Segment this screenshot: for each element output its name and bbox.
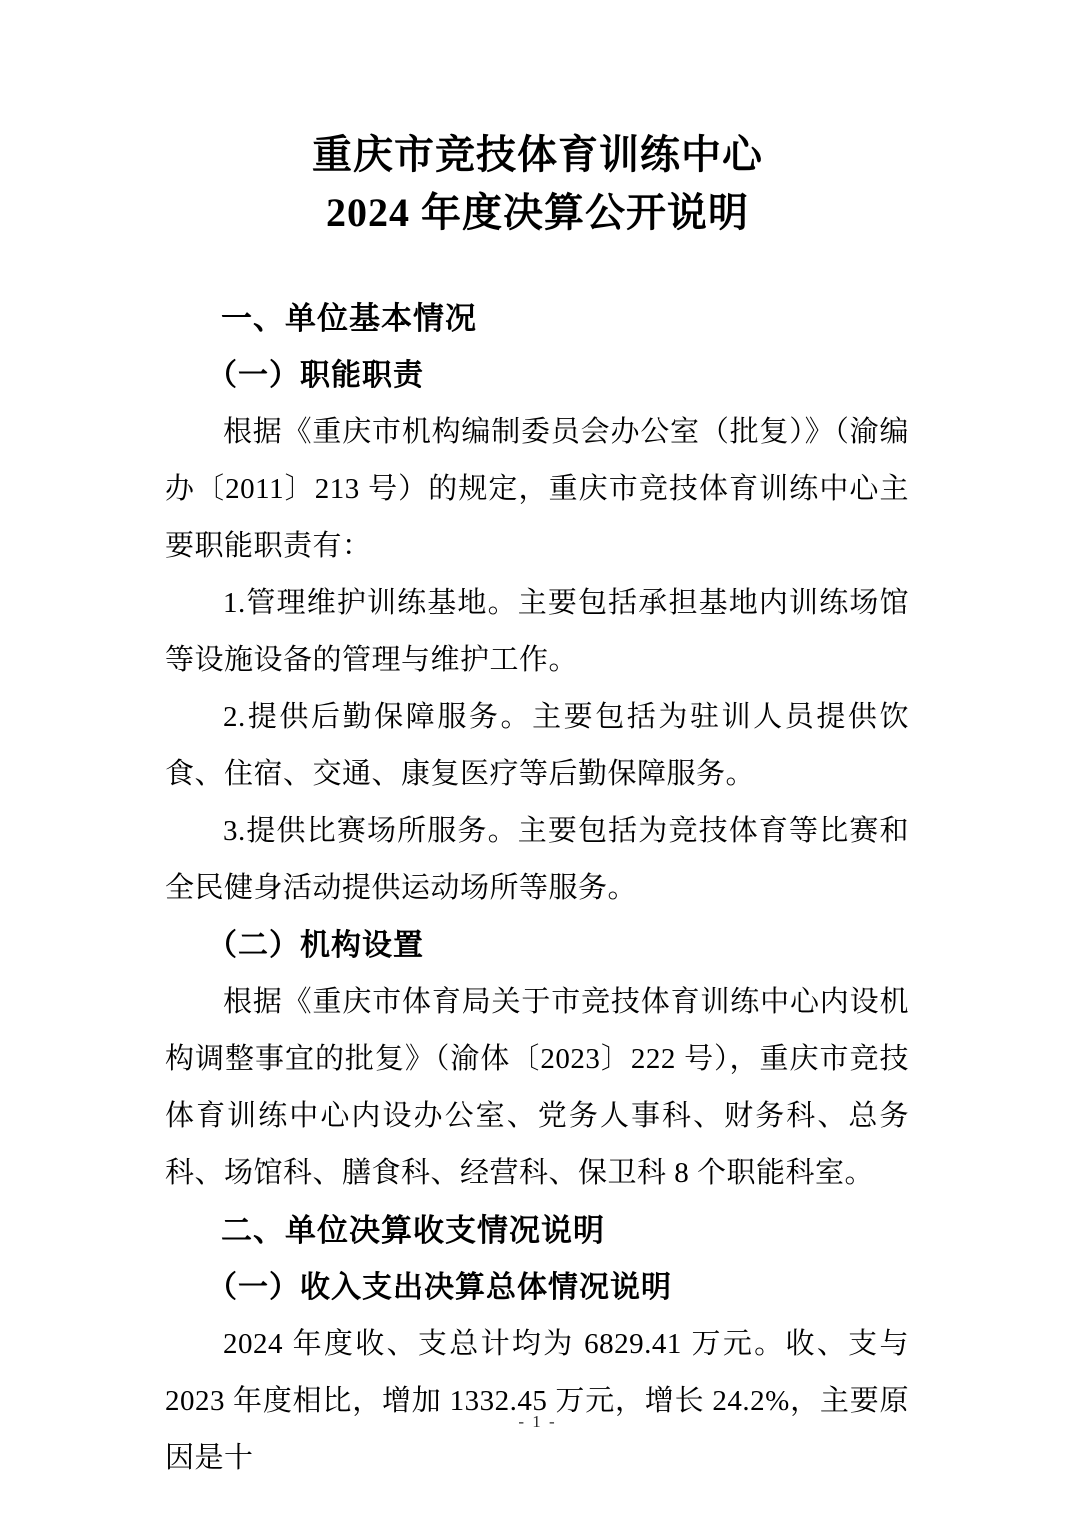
document-title-line-2: 2024 年度决算公开说明 bbox=[0, 184, 1075, 242]
document-title-line-1: 重庆市竞技体育训练中心 bbox=[0, 126, 1075, 184]
page-number: - 1 - bbox=[0, 1412, 1075, 1432]
document-page: 重庆市竞技体育训练中心 2024 年度决算公开说明 一、单位基本情况 （一）职能… bbox=[0, 0, 1075, 1520]
paragraph-duty-1: 1.管理维护训练基地。主要包括承担基地内训练场馆等设施设备的管理与维护工作。 bbox=[165, 575, 909, 689]
section-heading-budget-explanation: 二、单位决算收支情况说明 bbox=[165, 1202, 909, 1259]
subsection-heading-budget-overview: （一）收入支出决算总体情况说明 bbox=[165, 1259, 909, 1316]
paragraph-duties-intro: 根据《重庆市机构编制委员会办公室（批复）》（渝编办〔2011〕213 号）的规定… bbox=[165, 404, 909, 575]
paragraph-duty-3: 3.提供比赛场所服务。主要包括为竞技体育等比赛和全民健身活动提供运动场所等服务。 bbox=[165, 803, 909, 917]
subsection-heading-duties: （一）职能职责 bbox=[165, 347, 909, 404]
paragraph-duty-2: 2.提供后勤保障服务。主要包括为驻训人员提供饮食、住宿、交通、康复医疗等后勤保障… bbox=[165, 689, 909, 803]
paragraph-org-structure: 根据《重庆市体育局关于市竞技体育训练中心内设机构调整事宜的批复》（渝体〔2023… bbox=[165, 974, 909, 1202]
paragraph-budget-overview: 2024 年度收、支总计均为 6829.41 万元。收、支与 2023 年度相比… bbox=[165, 1316, 909, 1487]
document-title: 重庆市竞技体育训练中心 2024 年度决算公开说明 bbox=[0, 0, 1075, 242]
subsection-heading-org-structure: （二）机构设置 bbox=[165, 917, 909, 974]
document-body: 一、单位基本情况 （一）职能职责 根据《重庆市机构编制委员会办公室（批复）》（渝… bbox=[165, 290, 909, 1487]
section-heading-unit-basic-info: 一、单位基本情况 bbox=[165, 290, 909, 347]
